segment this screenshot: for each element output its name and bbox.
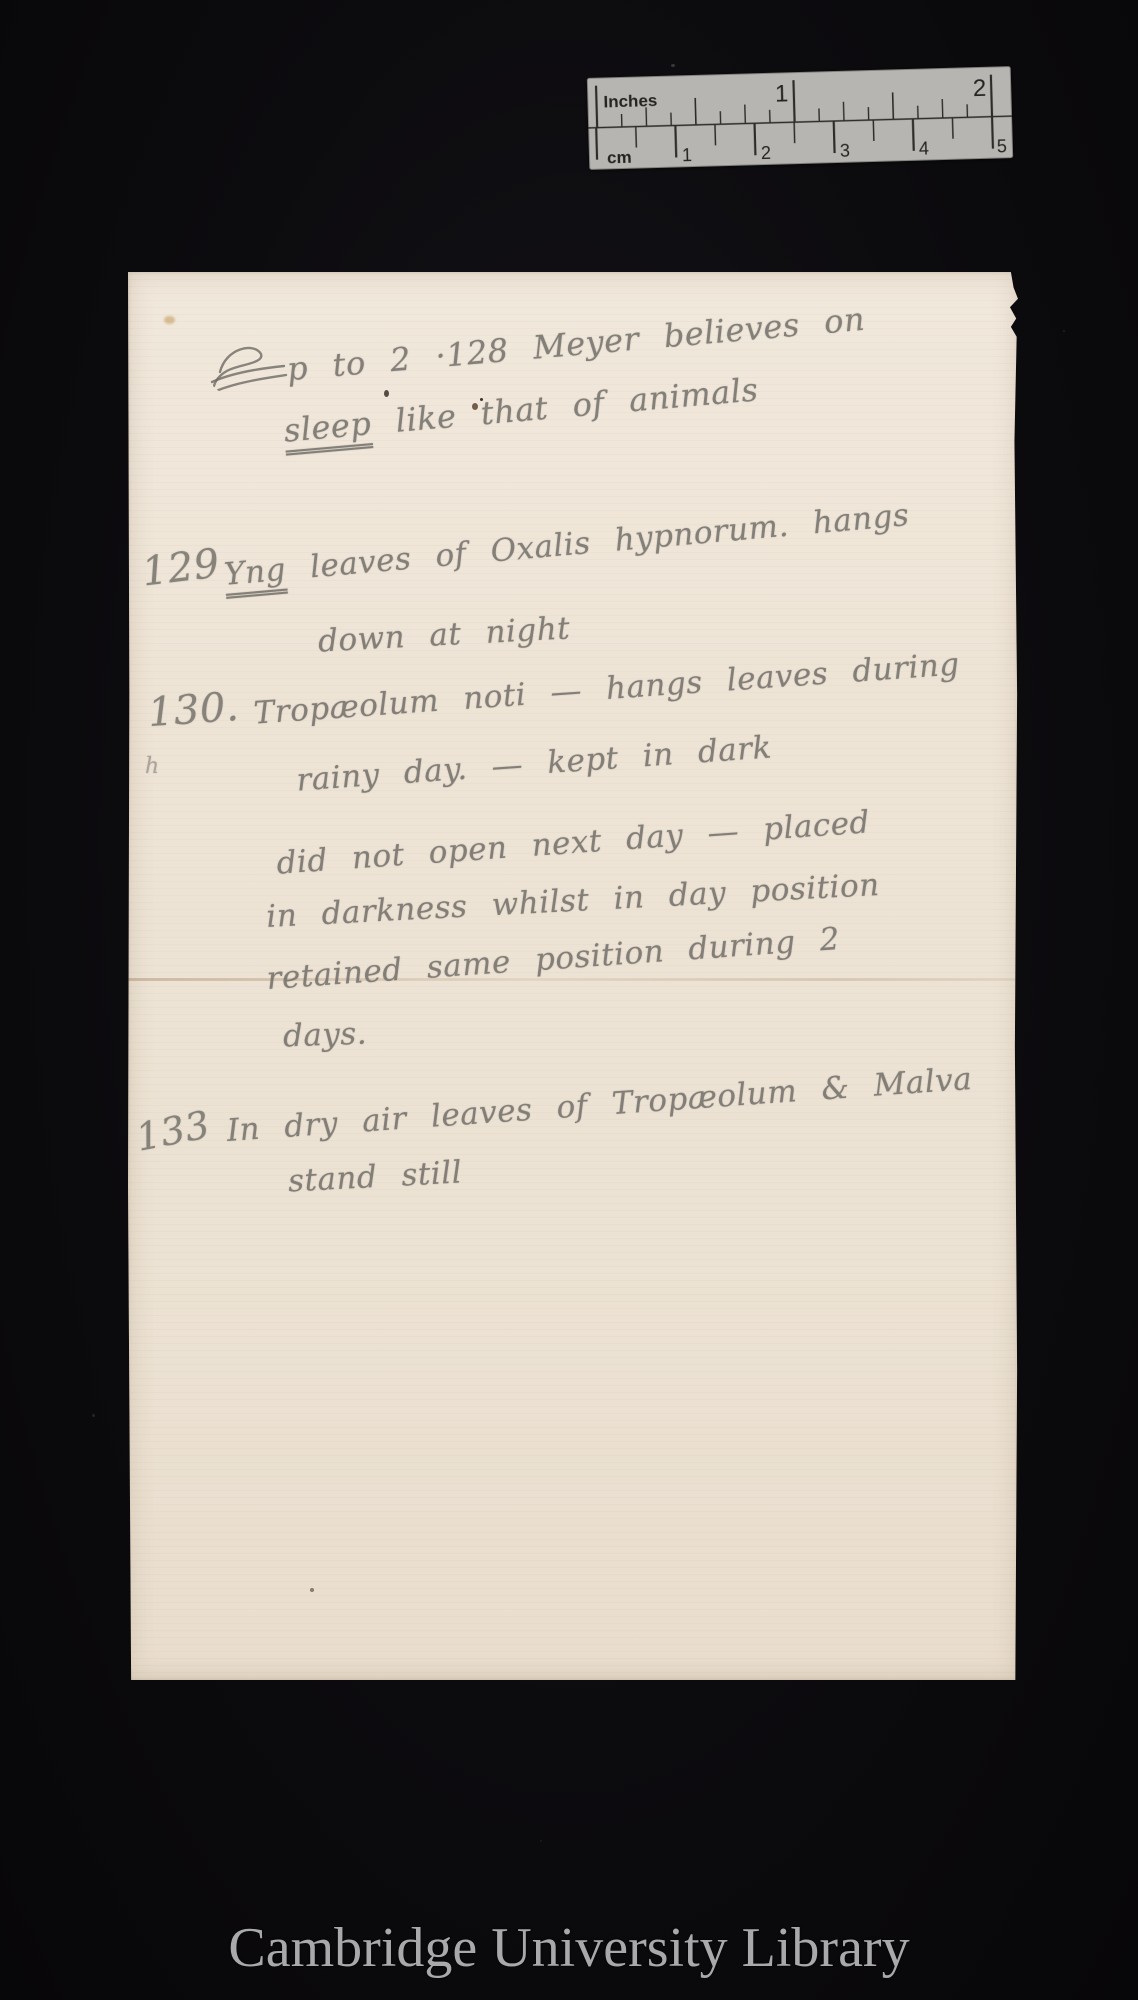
- line-continuation: like that of animals: [369, 370, 759, 442]
- handwriting-line: rainy day. — kept in dark: [295, 732, 772, 796]
- dust-speck: [671, 64, 675, 67]
- library-watermark: Cambridge University Library: [0, 1916, 1138, 1980]
- dust-speck: [540, 1840, 542, 1842]
- fold-crease: [128, 978, 1018, 981]
- handwriting-line: In dry air leaves of Tropæolum & Malva: [226, 1064, 973, 1147]
- ruler-cm-number-3: 3: [840, 141, 851, 161]
- marginal-mark: h: [145, 756, 160, 778]
- handwriting-line: sleep like that of animals: [283, 373, 760, 446]
- handwriting-line: days.: [282, 1019, 367, 1053]
- dust-speck: [92, 1414, 95, 1417]
- ruler-inches-label: Inches: [603, 91, 657, 111]
- foxing-spot: [164, 316, 175, 324]
- ruler-graphic: Inches 1 2 cm 1 2 3 4 5: [587, 66, 1013, 170]
- photo-backdrop: Inches 1 2 cm 1 2 3 4 5 DAR 209.14: 168: [0, 0, 1138, 2000]
- handwriting-line: Yng leaves of Oxalis hypnorum. hangs: [223, 500, 911, 591]
- underlined-word: Yng: [223, 552, 288, 593]
- underlined-word: sleep: [282, 404, 372, 449]
- entry-number: 129: [140, 543, 222, 592]
- manuscript-page: p to 2 ·128 Meyer believes on sleep like…: [128, 272, 1018, 1680]
- measuring-ruler: Inches 1 2 cm 1 2 3 4 5: [587, 66, 1013, 170]
- paper-speck: [310, 1588, 314, 1592]
- handwriting-line: retained same position during 2: [266, 924, 841, 995]
- handwriting-line: down at night: [317, 613, 571, 657]
- handwriting-line: stand still: [287, 1157, 463, 1197]
- ink-speck: [384, 390, 389, 397]
- ruler-cm-number-5: 5: [997, 136, 1008, 156]
- handwriting-line: did not open next day — placed: [276, 807, 871, 879]
- dust-speck: [1063, 330, 1065, 332]
- handwriting-line: Tropæolum noti — hangs leaves during: [253, 649, 961, 729]
- ruler-cm-number-1: 1: [682, 145, 693, 165]
- ruler-inch-number-2: 2: [973, 75, 987, 102]
- handwriting-line: p to 2 ·128 Meyer believes on: [286, 303, 866, 385]
- line-continuation: leaves of Oxalis hypnorum. hangs: [284, 497, 910, 587]
- deleted-scribble: [206, 338, 292, 400]
- entry-number: 130.: [147, 687, 241, 733]
- ruler-inch-number-1: 1: [775, 80, 789, 107]
- entry-number: 133: [133, 1105, 213, 1156]
- ruler-cm-label: cm: [607, 148, 632, 168]
- ruler-cm-number-2: 2: [761, 143, 772, 163]
- ruler-cm-number-4: 4: [919, 138, 930, 158]
